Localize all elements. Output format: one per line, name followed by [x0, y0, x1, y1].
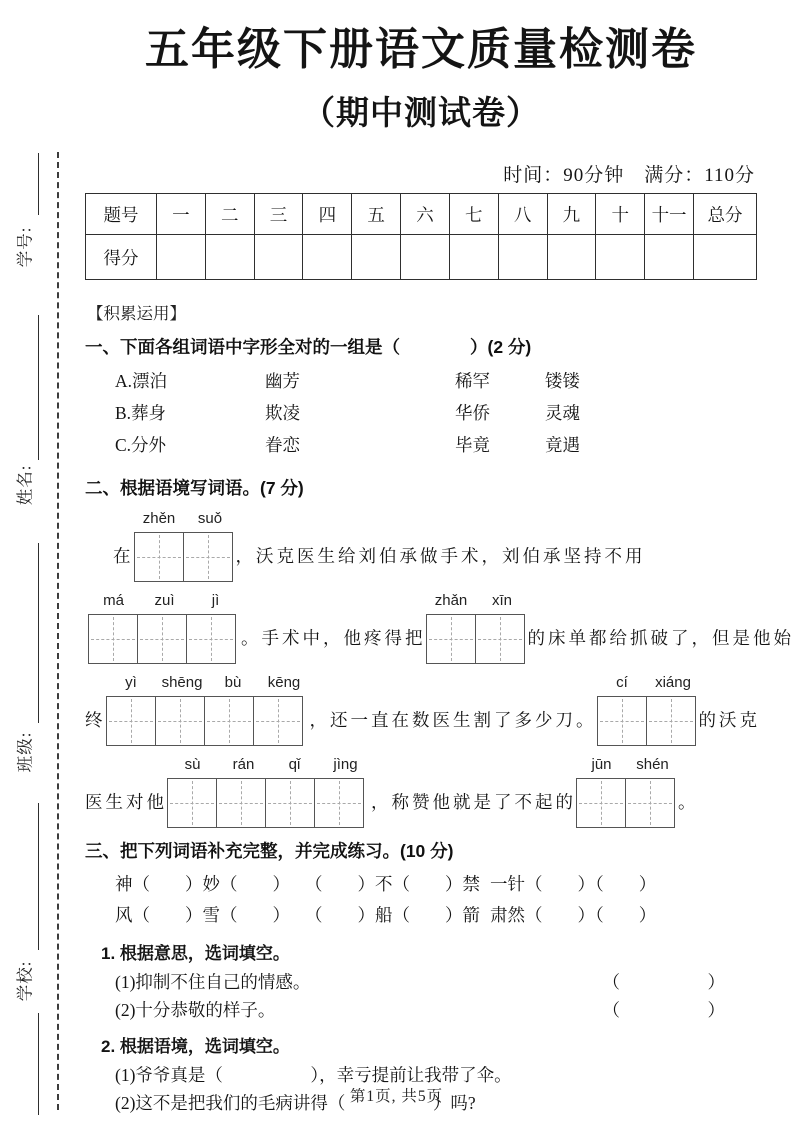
school-label-text: 学校:	[11, 961, 35, 1002]
pinyin-row: jūnshén	[576, 756, 678, 778]
writing-boxes	[597, 696, 699, 746]
name-label: 姓名:	[6, 443, 40, 527]
page-title: 五年级下册语文质量检测卷	[85, 22, 757, 77]
q2-sentence-text: ，称赞他就是了不起的	[371, 789, 576, 814]
name-blank-line	[38, 315, 39, 460]
writing-boxes	[576, 778, 678, 828]
pinyin-row: zhǎnxīn	[426, 592, 528, 614]
score-cell	[694, 235, 757, 280]
class-blank-line	[38, 543, 39, 723]
pinyin-box-group: jūnshén	[576, 756, 678, 828]
option-word: 灵魂	[545, 397, 757, 429]
score-table-column-header: 九	[547, 194, 596, 235]
idiom-blank: 神（ ）妙（ ）	[115, 869, 305, 900]
pinyin-box-group: zhěnsuǒ	[134, 510, 236, 582]
option-word: 眷恋	[265, 429, 455, 461]
score-table-column-header: 总分	[694, 194, 757, 235]
pinyin-syllable: xiáng	[648, 674, 699, 696]
pinyin-syllable: sù	[167, 756, 218, 778]
pinyin-syllable: zhěn	[134, 510, 185, 532]
option-label-and-word: A.漂泊	[115, 365, 265, 397]
writing-box	[183, 532, 233, 582]
q2-line: 终yìshēngbùkēng，还一直在数医生割了多少刀。cíxiáng的沃克	[85, 674, 757, 746]
class-label: 班级:	[6, 710, 40, 794]
option-word: 镂镂	[545, 365, 757, 397]
writing-box	[134, 532, 184, 582]
score-table-column-header: 十	[596, 194, 645, 235]
writing-boxes	[106, 696, 310, 746]
binding-dashed-line	[57, 152, 59, 1110]
writing-box	[314, 778, 364, 828]
score-cell	[157, 235, 206, 280]
pinyin-syllable: má	[88, 592, 139, 614]
pinyin-syllable: jūn	[576, 756, 627, 778]
pinyin-syllable: jìng	[320, 756, 371, 778]
writing-boxes	[134, 532, 236, 582]
writing-box	[475, 614, 525, 664]
option-word: 竟遇	[545, 429, 757, 461]
score-table-column-header: 五	[352, 194, 401, 235]
q2-sentence-text: 。手术中，他疼得把	[241, 625, 426, 650]
writing-box	[426, 614, 476, 664]
writing-boxes	[88, 614, 241, 664]
q2-line: 医生对他sùránqǐjìng，称赞他就是了不起的jūnshén。	[85, 756, 757, 828]
option-label-and-word: B.葬身	[115, 397, 265, 429]
meaning-item: (1)抑制不住自己的情感。（ ）	[85, 968, 725, 996]
writing-box	[204, 696, 254, 746]
pinyin-box-group: mázuìjì	[88, 592, 241, 664]
q2-sentence-text: 的沃克	[699, 707, 761, 732]
score-cell	[401, 235, 450, 280]
writing-box	[597, 696, 647, 746]
idiom-blank: （ ）船（ ）箭	[305, 900, 490, 931]
pinyin-syllable: zhǎn	[426, 592, 477, 614]
writing-box	[186, 614, 236, 664]
pinyin-syllable: rán	[218, 756, 269, 778]
score-cell	[205, 235, 254, 280]
score-cell	[547, 235, 596, 280]
pinyin-syllable: cí	[597, 674, 648, 696]
idiom-row: 风（ ）雪（ ）（ ）船（ ）箭肃然（ ）（ ）	[85, 900, 757, 931]
writing-boxes	[167, 778, 371, 828]
writing-box	[88, 614, 138, 664]
pinyin-row: cíxiáng	[597, 674, 699, 696]
score-table-column-header: 七	[449, 194, 498, 235]
score-cell	[596, 235, 645, 280]
score-table-column-header: 二	[205, 194, 254, 235]
option-word: 稀罕	[455, 365, 545, 397]
option-word: 华侨	[455, 397, 545, 429]
q1-options: A.漂泊幽芳稀罕镂镂B.葬身欺凌华侨灵魂C.分外眷恋毕竟竟遇	[85, 365, 757, 461]
pinyin-syllable: jì	[190, 592, 241, 614]
section-banner: 【积累运用】	[87, 300, 757, 324]
pinyin-box-group: sùránqǐjìng	[167, 756, 371, 828]
writing-box	[253, 696, 303, 746]
option-word: 欺凌	[265, 397, 455, 429]
q3-idioms: 神（ ）妙（ ）（ ）不（ ）禁一针（ ）（ ）风（ ）雪（ ）（ ）船（ ）箭…	[85, 869, 757, 931]
student-id-label-text: 学号:	[11, 227, 35, 268]
score-cell	[498, 235, 547, 280]
pinyin-syllable: qǐ	[269, 756, 320, 778]
score-cell	[254, 235, 303, 280]
q2-sentence-text: 。	[678, 789, 699, 814]
score-cell	[645, 235, 694, 280]
writing-box	[265, 778, 315, 828]
idiom-row: 神（ ）妙（ ）（ ）不（ ）禁一针（ ）（ ）	[85, 869, 757, 900]
pinyin-syllable: kēng	[259, 674, 310, 696]
q2-sentence-text: ，还一直在数医生割了多少刀。	[310, 707, 597, 732]
writing-box	[167, 778, 217, 828]
idiom-blank: 风（ ）雪（ ）	[115, 900, 305, 931]
q2-line: 在zhěnsuǒ，沃克医生给刘伯承做手术，刘伯承坚持不用	[85, 510, 757, 582]
pinyin-syllable: suǒ	[185, 510, 236, 532]
pinyin-syllable: yì	[106, 674, 157, 696]
school-blank-line	[38, 803, 39, 950]
writing-box	[216, 778, 266, 828]
option-word: 幽芳	[265, 365, 455, 397]
page-subtitle: （期中测试卷）	[85, 87, 757, 134]
score-table-column-header: 四	[303, 194, 352, 235]
q1-option-row: B.葬身欺凌华侨灵魂	[85, 397, 757, 429]
name-label-text: 姓名:	[11, 465, 35, 506]
pinyin-syllable: shēng	[157, 674, 208, 696]
pinyin-box-group: cíxiáng	[597, 674, 699, 746]
exam-page: 学号: 姓名: 班级: 学校: 五年级下册语文质量检测卷 （期中测试卷） 时间：…	[0, 0, 793, 1122]
q3-sub2-title: 2. 根据语境，选词填空。	[85, 1032, 757, 1057]
pinyin-row: sùránqǐjìng	[167, 756, 371, 778]
class-label-text: 班级:	[11, 732, 35, 773]
pinyin-syllable: bù	[208, 674, 259, 696]
q1-option-row: C.分外眷恋毕竟竟遇	[85, 429, 757, 461]
pinyin-syllable: shén	[627, 756, 678, 778]
answer-blank: （ ）	[603, 996, 726, 1024]
question-2-title: 二、根据语境写词语。(7 分)	[85, 475, 757, 500]
meaning-text: (1)抑制不住自己的情感。	[115, 968, 310, 996]
score-table-header-row: 题号一二三四五六七八九十十一总分	[86, 194, 757, 235]
student-id-label: 学号:	[6, 205, 40, 289]
idiom-blank: 一针（ ）（ ）	[490, 869, 757, 900]
pinyin-box-group: yìshēngbùkēng	[106, 674, 310, 746]
q2-sentence-text: 的床单都给抓破了，但是他始	[528, 625, 793, 650]
question-3-title: 三、把下列词语补充完整，并完成练习。(10 分)	[85, 838, 757, 863]
q2-sentence-text: 医生对他	[85, 789, 167, 814]
score-row-label: 得分	[86, 235, 157, 280]
exam-content: 五年级下册语文质量检测卷 （期中测试卷） 时间：90分钟 满分：110分 题号一…	[85, 16, 757, 1117]
score-table-corner-cell: 题号	[86, 194, 157, 235]
idiom-blank: （ ）不（ ）禁	[305, 869, 490, 900]
option-word: 毕竟	[455, 429, 545, 461]
writing-box	[576, 778, 626, 828]
school-label: 学校:	[6, 939, 40, 1023]
question-1-title: 一、下面各组词语中字形全对的一组是（ ）(2 分)	[85, 334, 757, 359]
score-table-score-row: 得分	[86, 235, 757, 280]
writing-box	[155, 696, 205, 746]
q2-line: mázuìjì。手术中，他疼得把zhǎnxīn的床单都给抓破了，但是他始	[85, 592, 757, 664]
score-cell	[449, 235, 498, 280]
page-footer: 第1页, 共5页	[0, 1084, 793, 1106]
writing-box	[625, 778, 675, 828]
answer-blank: （ ）	[603, 968, 726, 996]
pinyin-row: yìshēngbùkēng	[106, 674, 310, 696]
writing-box	[137, 614, 187, 664]
score-table-column-header: 十一	[645, 194, 694, 235]
pinyin-row: mázuìjì	[88, 592, 241, 614]
time-and-score-info: 时间：90分钟 满分：110分	[85, 160, 755, 187]
q2-sentence-text: 在	[113, 543, 134, 568]
score-table-column-header: 三	[254, 194, 303, 235]
score-cell	[303, 235, 352, 280]
score-table-body: 题号一二三四五六七八九十十一总分得分	[86, 194, 757, 280]
score-table: 题号一二三四五六七八九十十一总分得分	[85, 193, 757, 280]
score-table-column-header: 一	[157, 194, 206, 235]
pinyin-row: zhěnsuǒ	[134, 510, 236, 532]
score-table-column-header: 八	[498, 194, 547, 235]
meaning-text: (2)十分恭敬的样子。	[115, 996, 275, 1024]
q2-sentence-text: 终	[85, 707, 106, 732]
idiom-blank: 肃然（ ）（ ）	[490, 900, 757, 931]
q2-lines: 在zhěnsuǒ，沃克医生给刘伯承做手术，刘伯承坚持不用mázuìjì。手术中，…	[85, 510, 757, 828]
writing-box	[106, 696, 156, 746]
q3-sub1-title: 1. 根据意思，选词填空。	[85, 939, 757, 964]
score-table-column-header: 六	[401, 194, 450, 235]
pinyin-syllable: zuì	[139, 592, 190, 614]
q3-sub1-items: (1)抑制不住自己的情感。（ ）(2)十分恭敬的样子。（ ）	[85, 968, 757, 1024]
q1-option-row: A.漂泊幽芳稀罕镂镂	[85, 365, 757, 397]
pinyin-box-group: zhǎnxīn	[426, 592, 528, 664]
pinyin-syllable: xīn	[477, 592, 528, 614]
writing-box	[646, 696, 696, 746]
option-label-and-word: C.分外	[115, 429, 265, 461]
meaning-item: (2)十分恭敬的样子。（ ）	[85, 996, 725, 1024]
score-cell	[352, 235, 401, 280]
q2-sentence-text: ，沃克医生给刘伯承做手术，刘伯承坚持不用	[236, 543, 646, 568]
writing-boxes	[426, 614, 528, 664]
